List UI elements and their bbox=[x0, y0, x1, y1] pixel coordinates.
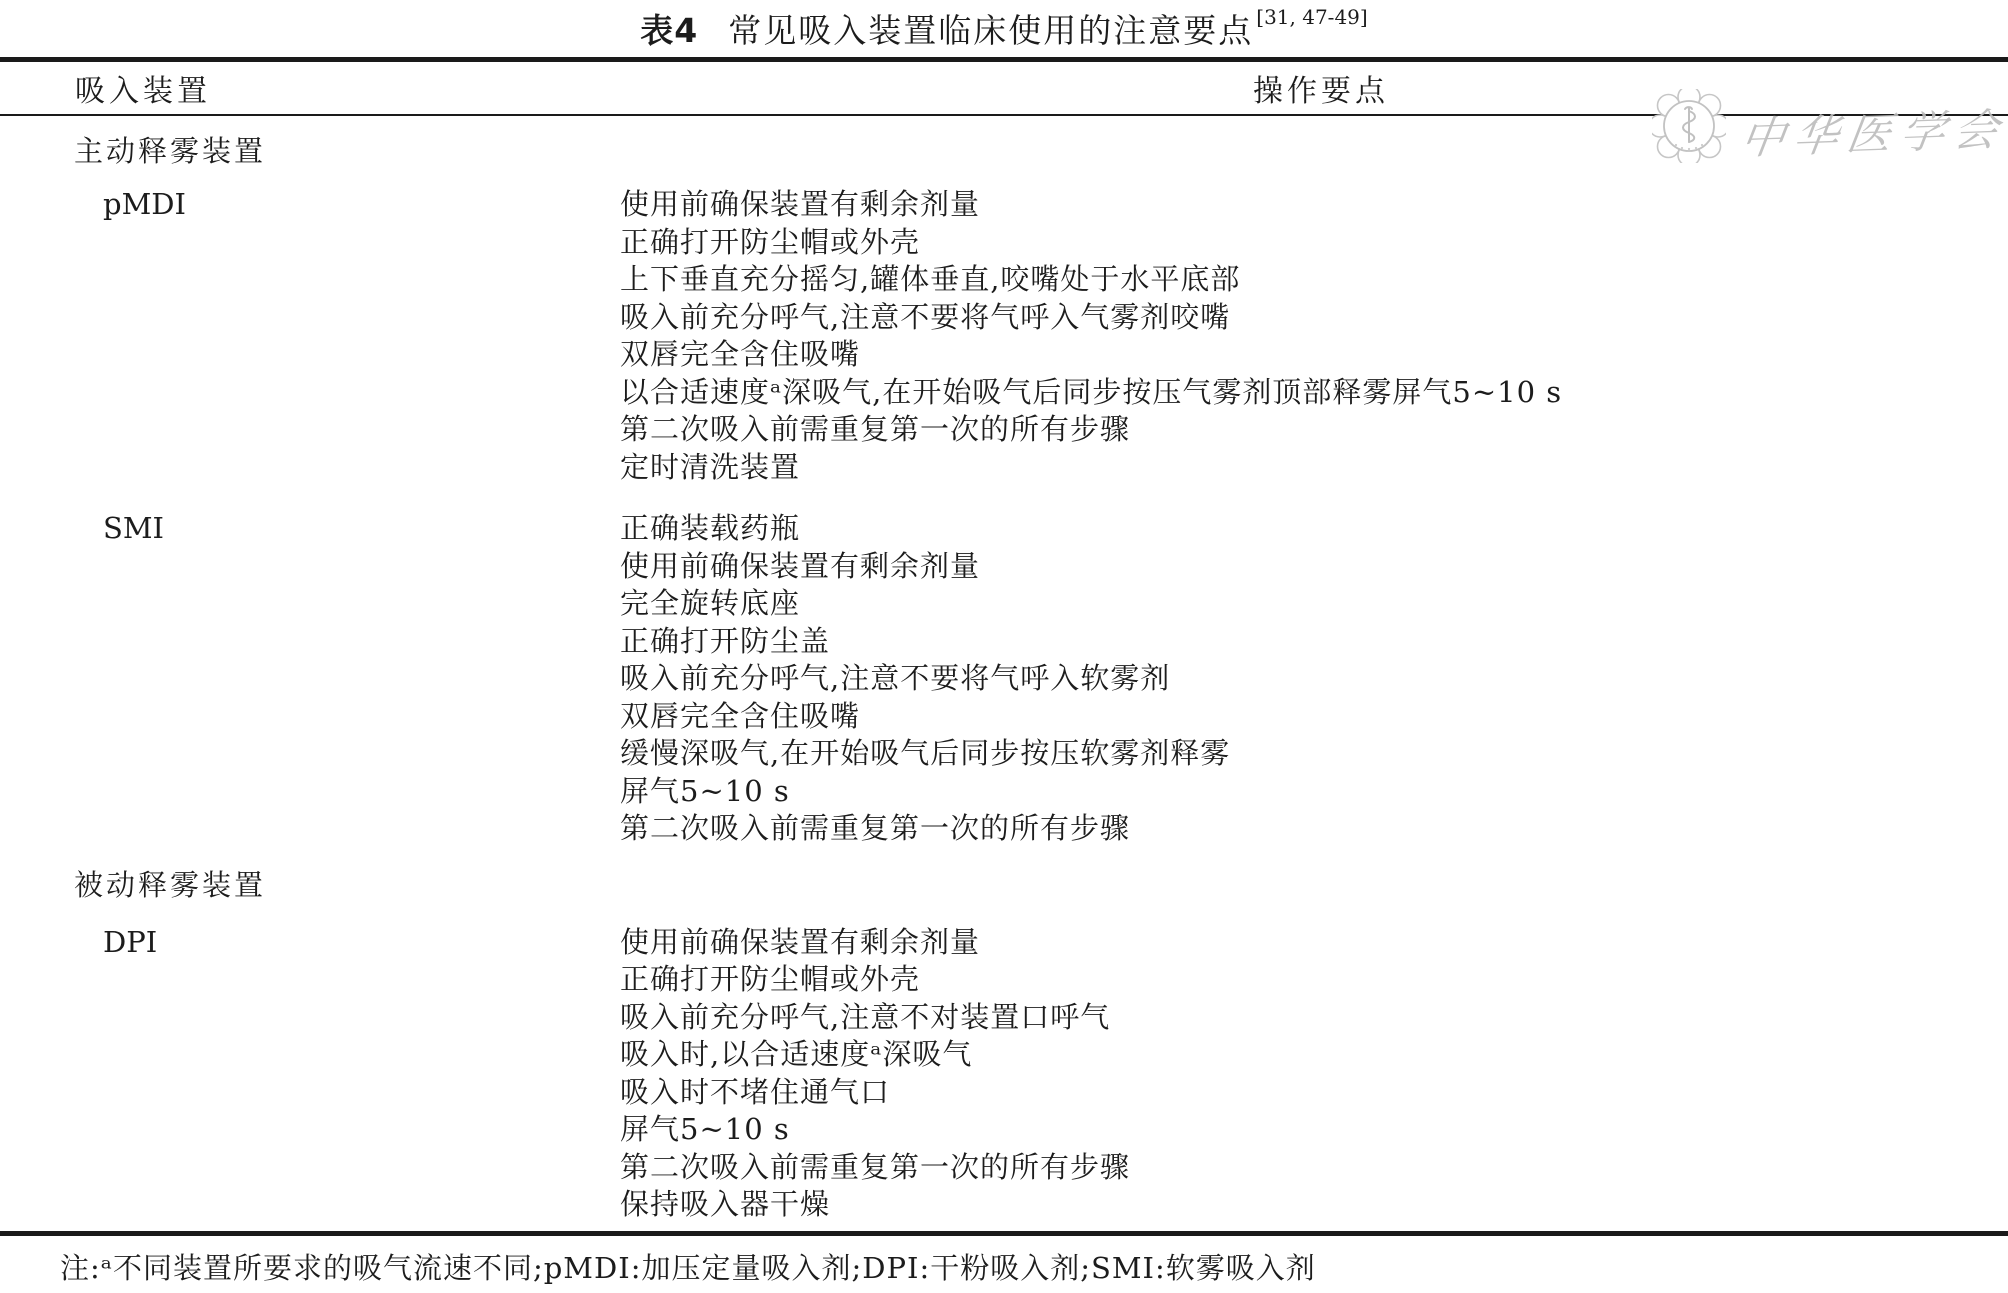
column-header-device: 吸入装置 bbox=[75, 66, 211, 110]
device-row-pmdi: pMDI 使用前确保装置有剩余剂量 正确打开防尘帽或外壳 上下垂直充分摇匀,罐体… bbox=[0, 170, 2008, 486]
point-line: 正确打开防尘帽或外壳 bbox=[620, 961, 2008, 999]
point-line: 吸入前充分呼气,注意不要将气呼入软雾剂 bbox=[620, 660, 2008, 698]
points-smi: 正确装载药瓶 使用前确保装置有剩余剂量 完全旋转底座 正确打开防尘盖 吸入前充分… bbox=[620, 510, 2008, 848]
point-line: 屏气5~10 s bbox=[620, 773, 2008, 811]
device-name-dpi: DPI bbox=[0, 924, 620, 1224]
table-title: 常见吸入装置临床使用的注意要点 bbox=[728, 5, 1253, 52]
column-header-points: 操作要点 bbox=[1253, 66, 1389, 110]
table-footnote: 注:ᵃ不同装置所要求的吸气流速不同;pMDI:加压定量吸入剂;DPI:干粉吸入剂… bbox=[0, 1236, 2008, 1287]
point-line: 定时清洗装置 bbox=[620, 449, 2008, 487]
point-line: 第二次吸入前需重复第一次的所有步骤 bbox=[620, 810, 2008, 848]
device-name-smi: SMI bbox=[0, 510, 620, 848]
point-line: 使用前确保装置有剩余剂量 bbox=[620, 186, 2008, 224]
device-name-pmdi: pMDI bbox=[0, 186, 620, 486]
point-line: 以合适速度ᵃ深吸气,在开始吸气后同步按压气雾剂顶部释雾屏气5~10 s bbox=[620, 374, 2008, 412]
point-line: 完全旋转底座 bbox=[620, 585, 2008, 623]
inhaler-table: 吸入装置 操作要点 bbox=[0, 57, 2008, 1236]
device-row-smi: SMI 正确装载药瓶 使用前确保装置有剩余剂量 完全旋转底座 正确打开防尘盖 吸… bbox=[0, 486, 2008, 848]
table-body: 主动释雾装置 pMDI 使用前确保装置有剩余剂量 正确打开防尘帽或外壳 上下垂直… bbox=[0, 116, 2008, 1231]
point-line: 使用前确保装置有剩余剂量 bbox=[620, 924, 2008, 962]
point-line: 第二次吸入前需重复第一次的所有步骤 bbox=[620, 411, 2008, 449]
point-line: 保持吸入器干燥 bbox=[620, 1186, 2008, 1224]
table-caption: 表4 常见吸入装置临床使用的注意要点 [31, 47-49] bbox=[0, 0, 2008, 57]
point-line: 吸入前充分呼气,注意不对装置口呼气 bbox=[620, 999, 2008, 1037]
device-row-dpi: DPI 使用前确保装置有剩余剂量 正确打开防尘帽或外壳 吸入前充分呼气,注意不对… bbox=[0, 904, 2008, 1224]
point-line: 缓慢深吸气,在开始吸气后同步按压软雾剂释雾 bbox=[620, 735, 2008, 773]
point-line: 正确装载药瓶 bbox=[620, 510, 2008, 548]
point-line: 使用前确保装置有剩余剂量 bbox=[620, 548, 2008, 586]
category-active-aerosol: 主动释雾装置 bbox=[0, 116, 2008, 170]
category-passive-aerosol: 被动释雾装置 bbox=[0, 848, 2008, 904]
point-line: 屏气5~10 s bbox=[620, 1111, 2008, 1149]
point-line: 正确打开防尘盖 bbox=[620, 623, 2008, 661]
points-dpi: 使用前确保装置有剩余剂量 正确打开防尘帽或外壳 吸入前充分呼气,注意不对装置口呼… bbox=[620, 924, 2008, 1224]
table-number: 表4 bbox=[640, 5, 698, 52]
table-page: 表4 常见吸入装置临床使用的注意要点 [31, 47-49] 吸入装置 操作要点 bbox=[0, 0, 2008, 1293]
point-line: 吸入时不堵住通气口 bbox=[620, 1074, 2008, 1112]
reference-superscript: [31, 47-49] bbox=[1256, 5, 1367, 29]
point-line: 吸入时,以合适速度ᵃ深吸气 bbox=[620, 1036, 2008, 1074]
point-line: 双唇完全含住吸嘴 bbox=[620, 336, 2008, 374]
point-line: 双唇完全含住吸嘴 bbox=[620, 698, 2008, 736]
point-line: 上下垂直充分摇匀,罐体垂直,咬嘴处于水平底部 bbox=[620, 261, 2008, 299]
table-header-row: 吸入装置 操作要点 bbox=[0, 62, 2008, 116]
point-line: 吸入前充分呼气,注意不要将气呼入气雾剂咬嘴 bbox=[620, 299, 2008, 337]
point-line: 第二次吸入前需重复第一次的所有步骤 bbox=[620, 1149, 2008, 1187]
points-pmdi: 使用前确保装置有剩余剂量 正确打开防尘帽或外壳 上下垂直充分摇匀,罐体垂直,咬嘴… bbox=[620, 186, 2008, 486]
point-line: 正确打开防尘帽或外壳 bbox=[620, 224, 2008, 262]
